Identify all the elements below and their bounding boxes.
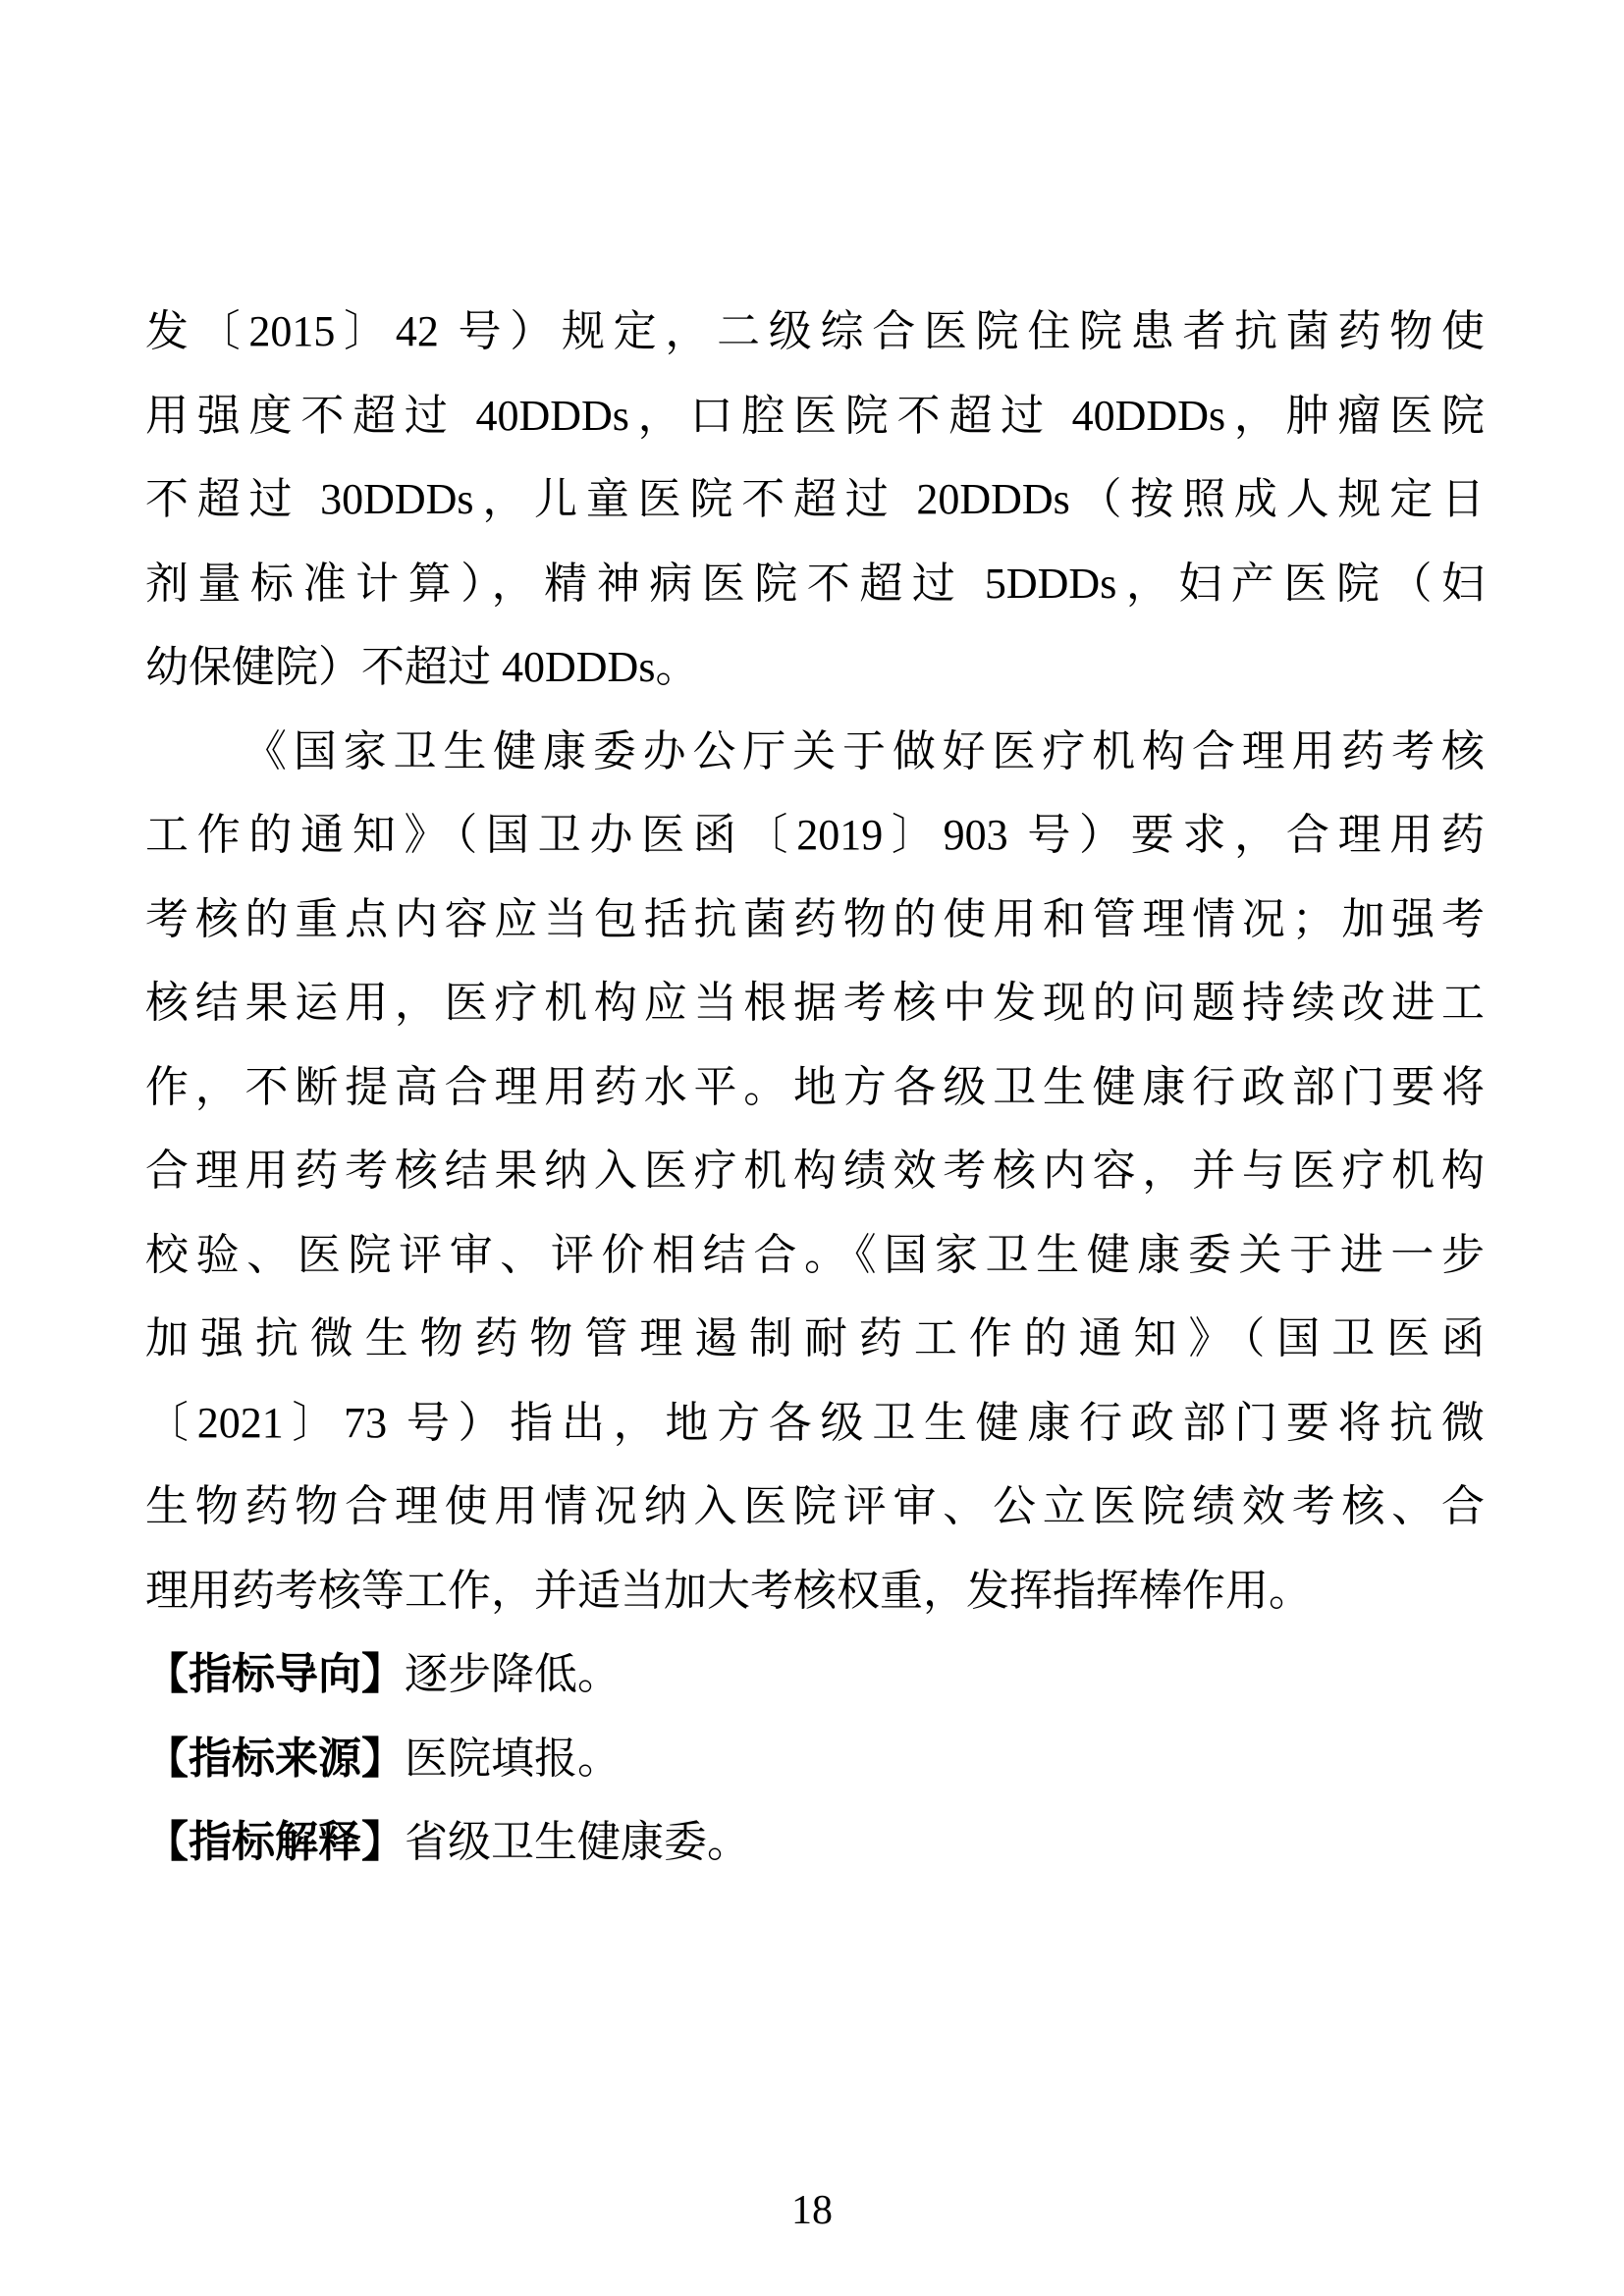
document-page: 发〔2015〕42 号）规定，二级综合医院住院患者抗菌药物使 用强度不超过 40… bbox=[0, 0, 1624, 2296]
indicator-label: 【指标来源】 bbox=[145, 1735, 405, 1783]
indicator-label: 【指标导向】 bbox=[145, 1650, 405, 1698]
paragraph2-line-first: 《国家卫生健康委办公厅关于做好医疗机构合理用药考核 bbox=[145, 710, 1485, 794]
paragraph2-line: 合理用药考核结果纳入医疗机构绩效考核内容，并与医疗机构 bbox=[145, 1129, 1485, 1213]
body-text: 发〔2015〕42 号）规定，二级综合医院住院患者抗菌药物使 用强度不超过 40… bbox=[145, 290, 1485, 1885]
paragraph2-line: 核结果运用，医疗机构应当根据考核中发现的问题持续改进工 bbox=[145, 961, 1485, 1045]
indicator-value: 医院填报。 bbox=[405, 1735, 621, 1783]
paragraph2-line: 校验、医院评审、评价相结合。《国家卫生健康委关于进一步 bbox=[145, 1213, 1485, 1298]
paragraph2-line: 作，不断提高合理用药水平。地方各级卫生健康行政部门要将 bbox=[145, 1045, 1485, 1130]
indicator-value: 逐步降低。 bbox=[405, 1650, 621, 1698]
indicator-label: 【指标解释】 bbox=[145, 1818, 405, 1866]
page-number: 18 bbox=[0, 2181, 1624, 2240]
paragraph2-line-last: 理用药考核等工作，并适当加大考核权重，发挥指挥棒作用。 bbox=[145, 1549, 1485, 1633]
indicator-item-direction: 【指标导向】逐步降低。 bbox=[145, 1632, 1485, 1717]
paragraph1-line-last: 幼保健院）不超过 40DDDs。 bbox=[145, 625, 1485, 710]
paragraph1-line: 剂量标准计算），精神病医院不超过 5DDDs，妇产医院（妇 bbox=[145, 542, 1485, 626]
paragraph1-line: 用强度不超过 40DDDs，口腔医院不超过 40DDDs，肿瘤医院 bbox=[145, 374, 1485, 458]
indicator-item-interpretation: 【指标解释】省级卫生健康委。 bbox=[145, 1800, 1485, 1885]
indicator-value: 省级卫生健康委。 bbox=[405, 1818, 750, 1866]
paragraph1-line: 发〔2015〕42 号）规定，二级综合医院住院患者抗菌药物使 bbox=[145, 290, 1485, 374]
paragraph1-line: 不超过 30DDDs，儿童医院不超过 20DDDs（按照成人规定日 bbox=[145, 457, 1485, 542]
paragraph2-line: 生物药物合理使用情况纳入医院评审、公立医院绩效考核、合 bbox=[145, 1465, 1485, 1549]
paragraph2-line: 〔2021〕73 号）指出，地方各级卫生健康行政部门要将抗微 bbox=[145, 1381, 1485, 1466]
indicator-item-source: 【指标来源】医院填报。 bbox=[145, 1717, 1485, 1801]
paragraph2-line: 工作的通知》（国卫办医函〔2019〕903 号）要求，合理用药 bbox=[145, 793, 1485, 878]
paragraph2-line: 加强抗微生物药物管理遏制耐药工作的通知》（国卫医函 bbox=[145, 1297, 1485, 1381]
paragraph2-line: 考核的重点内容应当包括抗菌药物的使用和管理情况；加强考 bbox=[145, 878, 1485, 962]
